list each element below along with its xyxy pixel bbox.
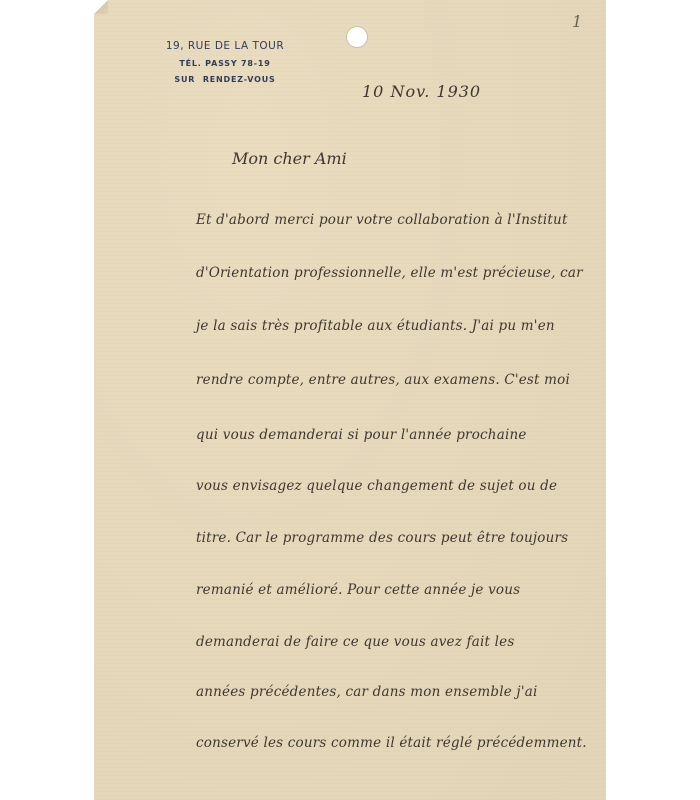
body-line: rendre compte, entre autres, aux examens… xyxy=(196,372,570,388)
salutation: Mon cher Ami xyxy=(232,149,347,168)
body-line: remanié et amélioré. Pour cette année je… xyxy=(196,582,520,598)
body-line: qui vous demanderai si pour l'année proc… xyxy=(196,427,527,443)
letterhead-phone: TÉL. PASSY 78-19 xyxy=(150,58,300,69)
body-line: années précédentes, car dans mon ensembl… xyxy=(196,684,538,700)
body-line: demanderai de faire ce que vous avez fai… xyxy=(196,634,514,650)
body-line: Et d'abord merci pour votre collaboratio… xyxy=(196,212,568,228)
document-viewer: 19, RUE DE LA TOUR TÉL. PASSY 78-19 SUR … xyxy=(0,0,700,800)
body-line: conservé les cours comme il était réglé … xyxy=(196,735,587,751)
letter-page xyxy=(94,0,606,800)
body-line: je la sais très profitable aux étudiants… xyxy=(196,318,555,334)
punch-hole xyxy=(347,27,367,47)
page-number: 1 xyxy=(572,12,582,31)
letter-date: 10 Nov. 1930 xyxy=(362,82,481,101)
letterhead-appointment: SUR RENDEZ-VOUS xyxy=(150,74,300,85)
letterhead-address: 19, RUE DE LA TOUR xyxy=(150,40,300,53)
body-line: titre. Car le programme des cours peut ê… xyxy=(196,530,568,546)
body-line: vous envisagez quelque changement de suj… xyxy=(196,478,557,494)
letterhead: 19, RUE DE LA TOUR TÉL. PASSY 78-19 SUR … xyxy=(150,40,300,85)
body-line: d'Orientation professionnelle, elle m'es… xyxy=(196,265,583,281)
